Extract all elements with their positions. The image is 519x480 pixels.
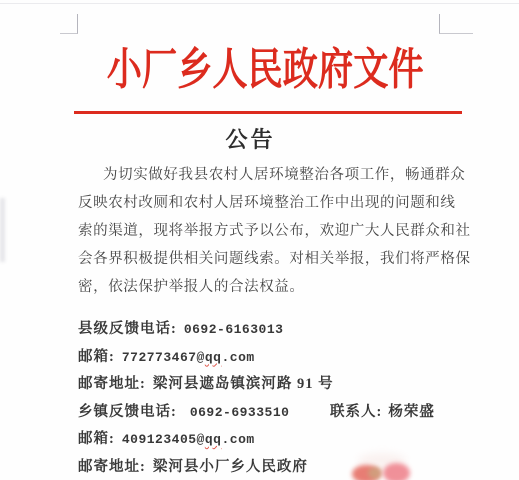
contact-row-town-email: 邮箱:409123405@qq.com — [78, 426, 478, 454]
email-user-part: 772773467@ — [122, 350, 205, 365]
contact-email-value: 772773467@qq.com — [122, 350, 255, 365]
contact-person: 联系人:杨荣盛 — [330, 399, 435, 427]
red-separator-rule — [74, 111, 462, 114]
contact-row-county-address: 邮寄地址:梁河县遮岛镇滨河路 91 号 — [78, 371, 478, 399]
contact-row-town-phone: 乡镇反馈电话:0692-6933510 联系人:杨荣盛 — [78, 399, 478, 427]
contact-label: 邮箱: — [78, 349, 115, 365]
contact-info-block: 县级反馈电话:0692-6163013 邮箱:772773467@qq.com … — [78, 316, 478, 480]
document-title: 小厂乡人民政府文件 — [52, 45, 467, 95]
announcement-body: 为切实做好我县农村人居环境整治各项工作，畅通群众 反映农村改厕和农村人居环境整治… — [78, 161, 470, 301]
contact-label: 邮箱: — [78, 431, 115, 447]
contact-label: 邮寄地址: — [78, 376, 146, 392]
scan-edge-artifact — [0, 198, 5, 262]
body-line: 索的渠道，现将举报方式予以公布，欢迎广大人民群众和社 — [78, 217, 470, 245]
contact-row-county-phone: 县级反馈电话:0692-6163013 — [78, 316, 478, 344]
contact-label: 县级反馈电话: — [78, 321, 177, 337]
contact-address-value: 梁河县遮岛镇滨河路 91 号 — [153, 376, 334, 392]
spellcheck-underline: qq — [205, 432, 222, 447]
email-tld-part: .com — [221, 350, 254, 365]
contact-person-label: 联系人: — [330, 404, 382, 420]
crop-mark-left-icon — [60, 14, 78, 34]
document-page: 小厂乡人民政府文件 公告 为切实做好我县农村人居环境整治各项工作，畅通群众 反映… — [0, 0, 519, 480]
contact-row-county-email: 邮箱:772773467@qq.com — [78, 344, 478, 372]
contact-email-value: 409123405@qq.com — [122, 432, 255, 447]
contact-row-town-address: 邮寄地址:梁河县小厂乡人民政府 — [78, 454, 478, 480]
contact-label: 邮寄地址: — [78, 459, 146, 475]
seal-blob-tan — [368, 467, 382, 479]
spellcheck-underline: qq — [205, 350, 222, 365]
contact-label: 乡镇反馈电话: — [78, 404, 177, 420]
email-user-part: 409123405@ — [122, 432, 205, 447]
crop-mark-right-icon — [439, 14, 473, 34]
page-top-border — [0, 3, 519, 4]
body-line: 反映农村改厕和农村人居环境整治工作中出现的问题和线 — [78, 189, 470, 217]
official-seal-fragment — [350, 452, 416, 480]
contact-phone-value: 0692-6933510 — [190, 405, 290, 420]
contact-phone-value: 0692-6163013 — [184, 322, 284, 337]
body-line: 密，依法保护举报人的合法权益。 — [78, 273, 470, 301]
announcement-heading: 公告 — [0, 123, 510, 154]
body-line: 为切实做好我县农村人居环境整治各项工作，畅通群众 — [78, 161, 470, 189]
contact-person-name: 杨荣盛 — [388, 404, 435, 420]
contact-address-value: 梁河县小厂乡人民政府 — [153, 459, 308, 475]
seal-blob-pink — [383, 463, 410, 480]
body-line: 会各界积极提供相关问题线索。对相关举报，我们将严格保 — [78, 245, 470, 273]
email-tld-part: .com — [221, 432, 254, 447]
